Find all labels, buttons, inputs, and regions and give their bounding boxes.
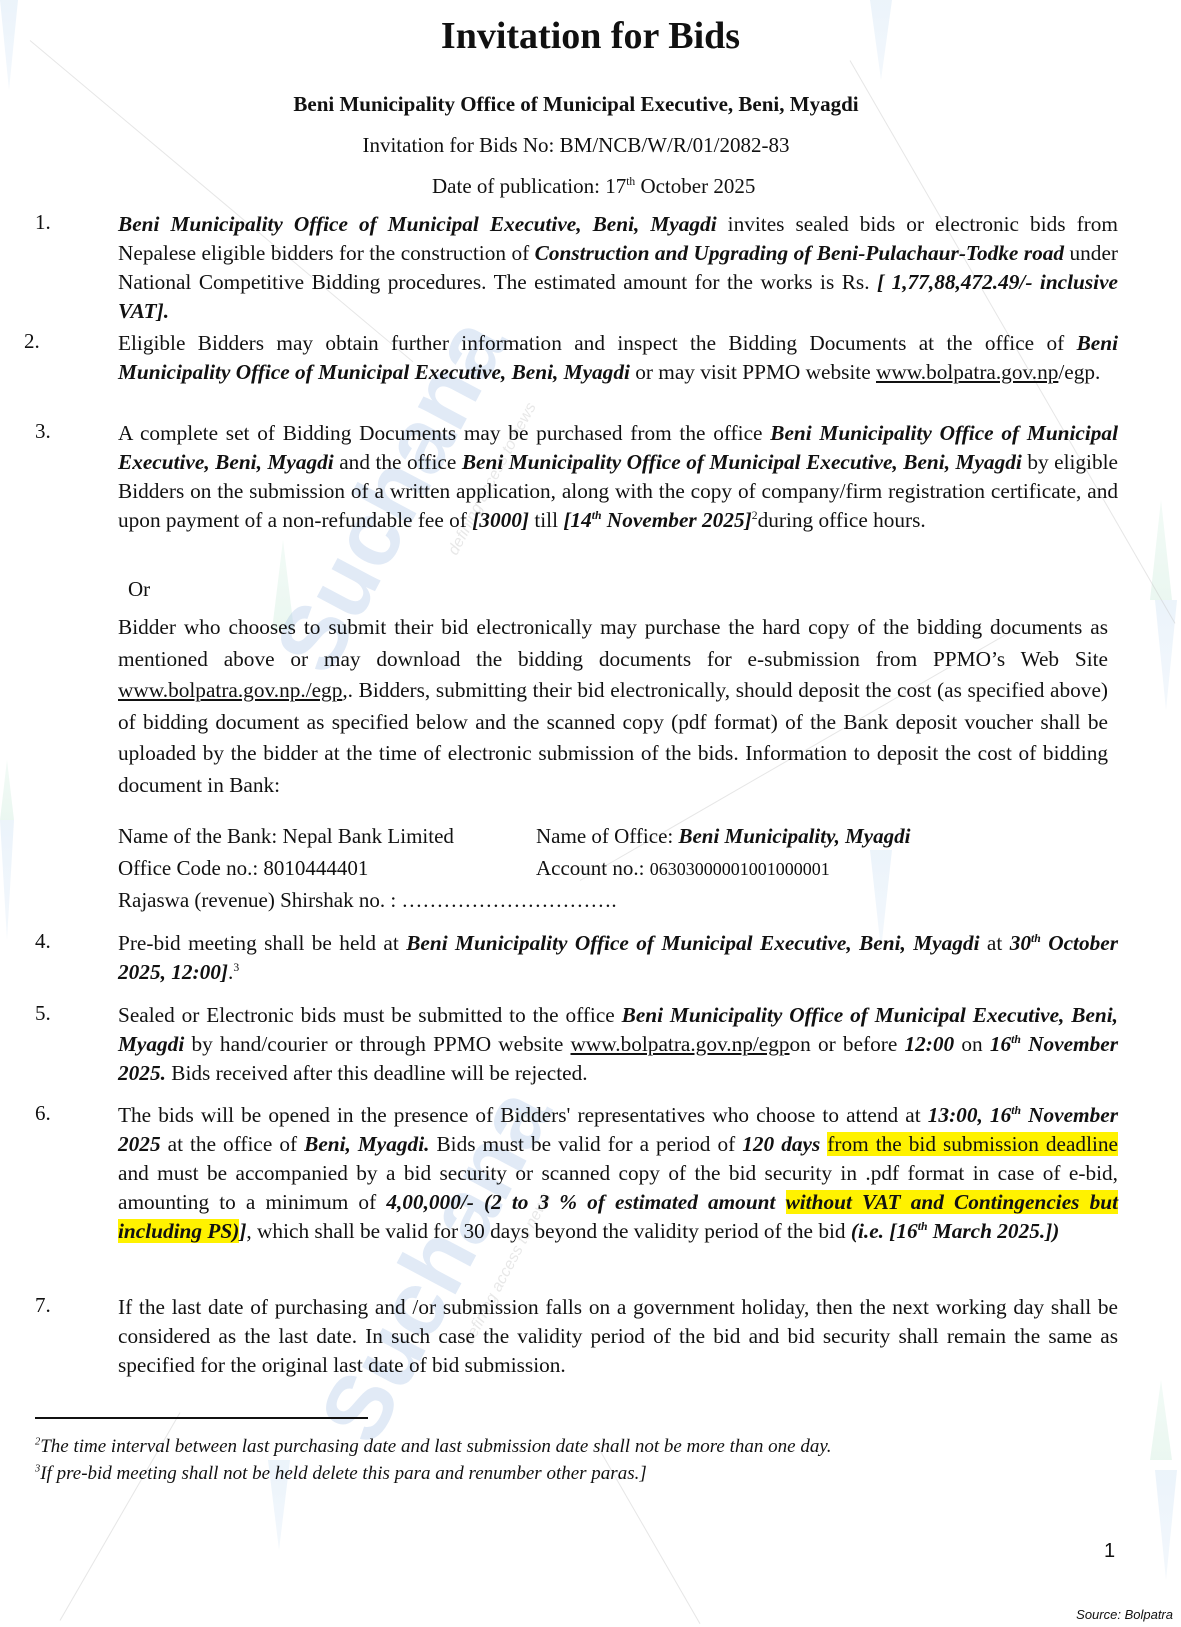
item-number: 5.: [35, 1001, 51, 1026]
item-5-text: Sealed or Electronic bids must be submit…: [118, 1001, 1118, 1088]
item-number: 4.: [35, 929, 51, 954]
item-number: 7.: [35, 1293, 51, 1318]
account-number: Account no.: 06303000001001000001: [536, 852, 910, 885]
watermark-arrow-icon: [1150, 500, 1172, 600]
website-link[interactable]: www.bolpatra.gov.np/egp: [571, 1032, 790, 1056]
watermark-arrow-icon: [1155, 600, 1177, 710]
item-1-text: Beni Municipality Office of Municipal Ex…: [118, 210, 1118, 326]
item-3-text: A complete set of Bidding Documents may …: [118, 419, 1118, 535]
watermark-arrow-icon: [0, 820, 14, 940]
organization-name: Beni Municipality Office of Municipal Ex…: [0, 92, 1152, 117]
item-number: 3.: [35, 419, 51, 444]
page-number: 1: [1104, 1540, 1115, 1563]
office-name: Name of Office: Beni Municipality, Myagd…: [536, 820, 910, 852]
watermark-arrow-icon: [0, 760, 14, 820]
website-link[interactable]: www.bolpatra.gov.np./egp: [118, 678, 342, 702]
item-number: 2.: [24, 329, 40, 354]
or-label: Or: [128, 577, 150, 602]
item-7-text: If the last date of purchasing and /or s…: [118, 1293, 1118, 1380]
ifb-number: Invitation for Bids No: BM/NCB/W/R/01/20…: [0, 133, 1152, 158]
item-number: 1.: [35, 210, 51, 235]
item-number: 6.: [35, 1101, 51, 1126]
item-2-text: Eligible Bidders may obtain further info…: [118, 329, 1118, 387]
publication-date: Date of publication: 17th October 2025: [432, 174, 755, 199]
item-3-electronic-text: Bidder who chooses to submit their bid e…: [118, 612, 1108, 801]
rajaswa-shirshak: Rajaswa (revenue) Shirshak no. : ……………………: [118, 884, 617, 916]
footnote-3: 3If pre-bid meeting shall not be held de…: [35, 1463, 647, 1485]
source-credit: Source: Bolpatra: [1076, 1607, 1173, 1622]
website-link[interactable]: www.bolpatra.gov.np: [876, 360, 1058, 384]
watermark-arrow-icon: [1150, 1380, 1172, 1460]
footnote-2: 2The time interval between last purchasi…: [35, 1436, 831, 1458]
page-title: Invitation for Bids: [0, 14, 1181, 58]
item-6-text: The bids will be opened in the presence …: [118, 1101, 1118, 1246]
item-4-text: Pre-bid meeting shall be held at Beni Mu…: [118, 929, 1118, 987]
bank-info-right: Name of Office: Beni Municipality, Myagd…: [536, 820, 910, 885]
footnote-divider: [35, 1417, 368, 1419]
watermark-arrow-icon: [1155, 1470, 1177, 1580]
